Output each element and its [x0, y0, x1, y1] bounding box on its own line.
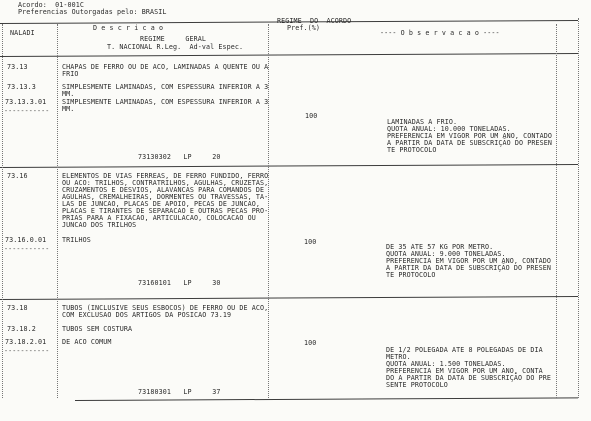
- naladi-code: 73.13.3: [7, 84, 36, 91]
- scanned-tariff-document: Acordo: 01-001C Preferencias Outorgadas …: [0, 0, 591, 421]
- item-code-line: 73160101 LP 30: [138, 280, 221, 287]
- item-code-line: 73180301 LP 37: [138, 389, 221, 396]
- dash-marker: -----------: [4, 246, 49, 253]
- description-text: ELEMENTOS DE VIAS FERREAS, DE FERRO FUND…: [62, 173, 268, 229]
- dash-marker: -----------: [4, 348, 49, 355]
- left-border-separator: [2, 24, 3, 398]
- item-code-line: 73130302 LP 20: [138, 154, 221, 161]
- description-text: TRILHOS: [62, 237, 91, 244]
- naladi-code: 73.18.2: [7, 326, 36, 333]
- observacao-text: LAMINADAS A FRIO. QUOTA ANUAL: 10.000 TO…: [387, 119, 552, 154]
- naladi-code: 73.16: [7, 173, 28, 180]
- pref-value: 100: [304, 239, 316, 246]
- naladi-column-separator: [57, 24, 58, 398]
- block2-end-rule: [0, 296, 578, 300]
- header-observacao: ---- O b s e r v a c a o ----: [380, 30, 500, 37]
- observacao-text: DE 1/2 POLEGADA ATE 8 POLEGADAS DE DIA M…: [386, 347, 551, 389]
- block1-end-rule: [0, 164, 578, 168]
- header-bottom-rule: [0, 53, 578, 57]
- description-text: TUBOS (INCLUSIVE SEUS ESBOCOS) DE FERRO …: [62, 305, 268, 319]
- bottom-rule: [75, 397, 578, 401]
- naladi-code: 73.16.0.01: [5, 237, 46, 244]
- header-naladi: NALADI: [10, 30, 35, 37]
- header-descricao: D e s c r i c a o: [93, 25, 163, 32]
- observacao-text: DE 35 ATE 57 KG POR METRO. QUOTA ANUAL: …: [386, 244, 551, 279]
- header-regime-geral: REGIME GERAL: [140, 36, 206, 43]
- naladi-code: 73.13.3.01: [5, 99, 46, 106]
- description-text: TUBOS SEM COSTURA: [62, 326, 132, 333]
- description-text: DE ACO COMUM: [62, 339, 112, 346]
- observacao-column-separator: [556, 24, 557, 398]
- dash-marker: -----------: [4, 108, 49, 115]
- description-text: CHAPAS DE FERRO OU DE ACO, LAMINADAS A Q…: [62, 64, 268, 78]
- header-regime-sub: T. NACIONAL R.Leg. Ad-val Espec.: [107, 44, 243, 51]
- description-text: SIMPLESMENTE LAMINADAS, COM ESPESSURA IN…: [62, 99, 268, 113]
- pref-value: 100: [305, 113, 317, 120]
- header-pref: Pref.(%): [287, 25, 320, 32]
- preferencias-line: Preferencias Outorgadas pelo: BRASIL: [18, 9, 167, 16]
- naladi-code: 73.18: [7, 305, 28, 312]
- pref-value: 100: [304, 340, 316, 347]
- right-border-separator: [578, 18, 579, 398]
- naladi-code: 73.13: [7, 64, 28, 71]
- naladi-code: 73.18.2.01: [5, 339, 46, 346]
- description-text: SIMPLESMENTE LAMINADAS, COM ESPESSURA IN…: [62, 84, 268, 98]
